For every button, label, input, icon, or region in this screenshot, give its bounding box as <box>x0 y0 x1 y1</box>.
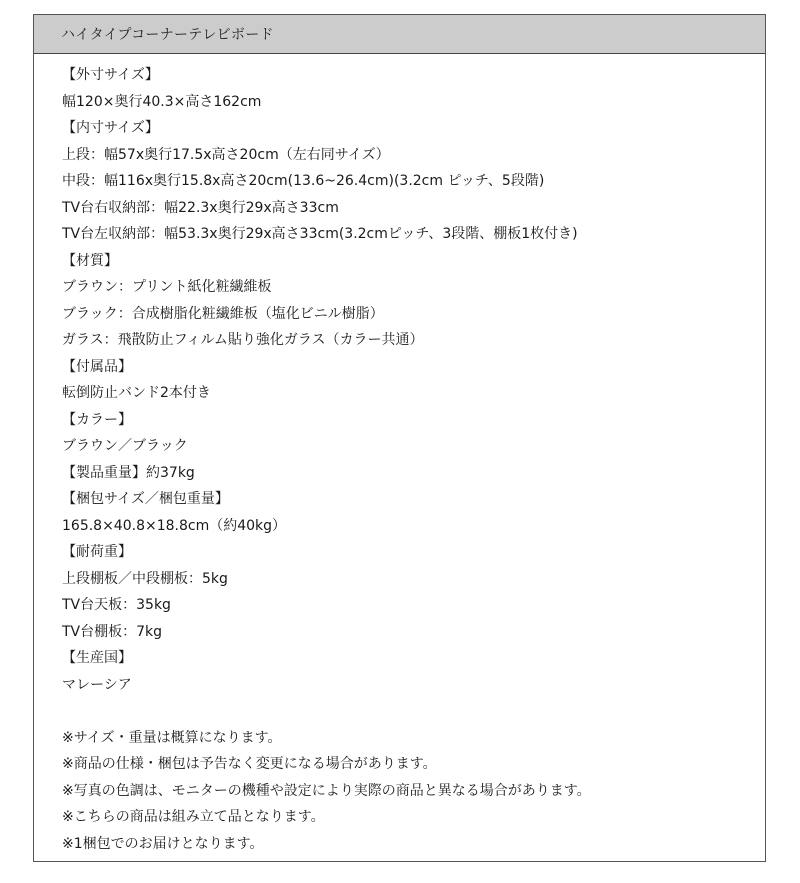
load-tv-top: TV台天板：35kg <box>62 592 765 619</box>
package-value: 165.8×40.8×18.8cm（約40kg） <box>62 513 765 540</box>
section-heading-inner-size: 【内寸サイズ】 <box>62 115 765 142</box>
section-heading-accessories: 【付属品】 <box>62 354 765 381</box>
note-color-tone: ※写真の色調は、モニターの機種や設定により実際の商品と異なる場合があります。 <box>62 778 765 805</box>
note-approximate: ※サイズ・重量は概算になります。 <box>62 725 765 752</box>
color-value: ブラウン／ブラック <box>62 433 765 460</box>
inner-size-upper: 上段：幅57x奥行17.5x高さ20cm（左右同サイズ） <box>62 142 765 169</box>
product-title: ハイタイプコーナーテレビボード <box>61 24 274 44</box>
spacer <box>62 698 765 725</box>
material-black: ブラック：合成樹脂化粧繊維板（塩化ビニル樹脂） <box>62 301 765 328</box>
inner-size-tv-left: TV台左収納部：幅53.3x奥行29x高さ33cm(3.2cmピッチ、3段階、棚… <box>62 221 765 248</box>
section-heading-color: 【カラー】 <box>62 407 765 434</box>
material-brown: ブラウン：プリント紙化粧繊維板 <box>62 274 765 301</box>
accessories-value: 転倒防止バンド2本付き <box>62 380 765 407</box>
section-heading-material: 【材質】 <box>62 248 765 275</box>
section-heading-origin: 【生産国】 <box>62 645 765 672</box>
note-assembly: ※こちらの商品は組み立て品となります。 <box>62 804 765 831</box>
spec-header: ハイタイプコーナーテレビボード <box>34 15 765 54</box>
inner-size-middle: 中段：幅116x奥行15.8x高さ20cm(13.6~26.4cm)(3.2cm… <box>62 168 765 195</box>
load-shelves: 上段棚板／中段棚板：5kg <box>62 566 765 593</box>
outer-size-value: 幅120×奥行40.3×高さ162cm <box>62 89 765 116</box>
inner-size-tv-right: TV台右収納部：幅22.3x奥行29x高さ33cm <box>62 195 765 222</box>
spec-body: 【外寸サイズ】 幅120×奥行40.3×高さ162cm 【内寸サイズ】 上段：幅… <box>34 54 765 857</box>
note-spec-change: ※商品の仕様・梱包は予告なく変更になる場合があります。 <box>62 751 765 778</box>
note-single-package: ※1梱包でのお届けとなります。 <box>62 831 765 858</box>
section-heading-load-capacity: 【耐荷重】 <box>62 539 765 566</box>
section-heading-package: 【梱包サイズ／梱包重量】 <box>62 486 765 513</box>
section-heading-product-weight: 【製品重量】約37kg <box>62 460 765 487</box>
origin-value: マレーシア <box>62 672 765 699</box>
material-glass: ガラス：飛散防止フィルム貼り強化ガラス（カラー共通） <box>62 327 765 354</box>
section-heading-outer-size: 【外寸サイズ】 <box>62 62 765 89</box>
spec-table: ハイタイプコーナーテレビボード 【外寸サイズ】 幅120×奥行40.3×高さ16… <box>33 14 766 862</box>
load-tv-shelf: TV台棚板：7kg <box>62 619 765 646</box>
